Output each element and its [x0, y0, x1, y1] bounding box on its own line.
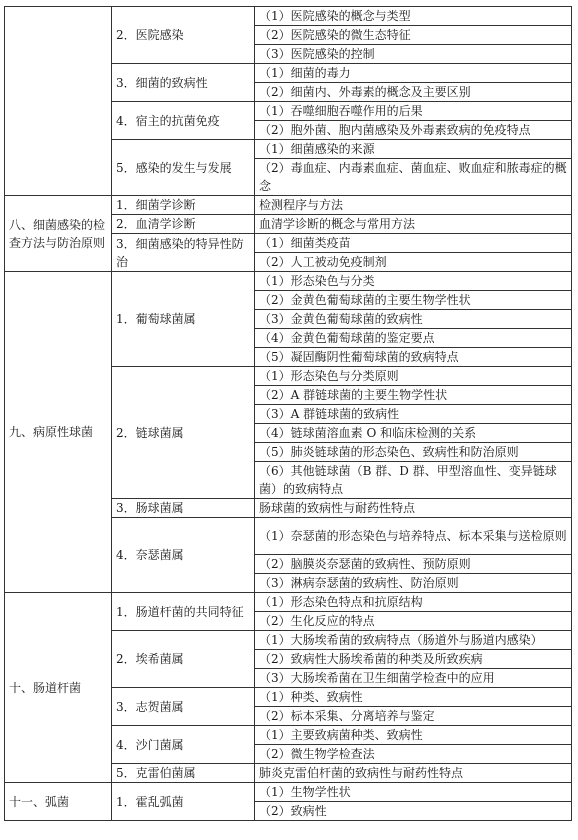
section-title-cell: 十、肠道杆菌: [5, 593, 112, 783]
topic-cell: 1．葡萄球菌属: [112, 272, 255, 367]
item-cell: （1）大肠埃希菌的致病特点（肠道外与肠道内感染）: [255, 631, 572, 650]
item-cell: （2）生化反应的特点: [255, 612, 572, 631]
section-title-cell: [5, 7, 112, 196]
item-cell: （1）主要致病菌种类、致病性: [255, 726, 572, 745]
section-title-cell: 九、病原性球菌: [5, 272, 112, 593]
section-title-cell: 十一、弧菌: [5, 783, 112, 821]
item-cell: （1）生物学性状: [255, 783, 572, 802]
topic-cell: 5．克雷伯菌属: [112, 764, 255, 783]
item-cell: （1）种类、致病性: [255, 688, 572, 707]
topic-cell: 3．细菌的致病性: [112, 64, 255, 102]
item-cell: 肺炎克雷伯杆菌的致病性与耐药性特点: [255, 764, 572, 783]
topic-cell: 4．奈瑟菌属: [112, 518, 255, 593]
item-cell: （2）医院感染的微生态特征: [255, 26, 572, 45]
topic-cell: 2．医院感染: [112, 7, 255, 64]
item-cell: （3）金黄色葡萄球菌的致病性: [255, 310, 572, 329]
topic-cell: 2．链球菌属: [112, 367, 255, 499]
section-title-cell: 八、细菌感染的检查方法与防治原则: [5, 196, 112, 272]
table-row: 十、肠道杆菌1．肠道杆菌的共同特征（1）形态染色特点和抗原结构: [5, 593, 572, 612]
table-row: 2．医院感染（1）医院感染的概念与类型: [5, 7, 572, 26]
topic-cell: 5．感染的发生与发展: [112, 140, 255, 196]
topic-cell: 3．肠球菌属: [112, 499, 255, 518]
topic-cell: 1．细菌学诊断: [112, 196, 255, 215]
item-cell: （2）致病性: [255, 802, 572, 821]
item-cell: （1）吞噬细胞吞噬作用的后果: [255, 102, 572, 121]
item-cell: （4）链球菌溶血素 O 和临床检测的关系: [255, 424, 572, 443]
topic-cell: 1．肠道杆菌的共同特征: [112, 593, 255, 631]
topic-cell: 2．埃希菌属: [112, 631, 255, 688]
item-cell: （2）毒血症、内毒素血症、菌血症、败血症和脓毒症的概念: [255, 159, 572, 196]
item-cell: （1）细菌类疫苗: [255, 234, 572, 253]
item-cell: （4）金黄色葡萄球菌的鉴定要点: [255, 329, 572, 348]
item-cell: （3）淋病奈瑟菌的致病性、防治原则: [255, 574, 572, 593]
item-cell: （2）胞外菌、胞内菌感染及外毒素致病的免疫特点: [255, 121, 572, 140]
item-cell: （2）致病性大肠埃希菌的种类及所致疾病: [255, 650, 572, 669]
item-cell: （6）其他链球菌（B 群、D 群、甲型溶血性、变异链球菌）的致病特点: [255, 462, 572, 499]
item-cell: （2）脑膜炎奈瑟菌的致病性、预防原则: [255, 555, 572, 574]
table-row: 九、病原性球菌1．葡萄球菌属（1）形态染色与分类: [5, 272, 572, 291]
item-cell: （5）凝固酶阴性葡萄球菌的致病特点: [255, 348, 572, 367]
item-cell: （1）奈瑟菌的形态染色与培养特点、标本采集与送检原则: [255, 518, 572, 555]
item-cell: （1）形态染色与分类原则: [255, 367, 572, 386]
item-cell: （2）标本采集、分离培养与鉴定: [255, 707, 572, 726]
topic-cell: 4．沙门菌属: [112, 726, 255, 764]
topic-cell: 3．细菌感染的特异性防治: [112, 234, 255, 272]
item-cell: （3）大肠埃希菌在卫生细菌学检查中的应用: [255, 669, 572, 688]
item-cell: （1）形态染色与分类: [255, 272, 572, 291]
topic-cell: 2．血清学诊断: [112, 215, 255, 234]
item-cell: 血清学诊断的概念与常用方法: [255, 215, 572, 234]
table-row: 八、细菌感染的检查方法与防治原则1．细菌学诊断检测程序与方法: [5, 196, 572, 215]
item-cell: （1）细菌感染的来源: [255, 140, 572, 159]
item-cell: （1）医院感染的概念与类型: [255, 7, 572, 26]
item-cell: （3）A 群链球菌的致病性: [255, 405, 572, 424]
item-cell: （2）微生物学检查法: [255, 745, 572, 764]
item-cell: （3）医院感染的控制: [255, 45, 572, 64]
topic-cell: 4．宿主的抗菌免疫: [112, 102, 255, 140]
syllabus-table: 2．医院感染（1）医院感染的概念与类型（2）医院感染的微生态特征（3）医院感染的…: [4, 6, 572, 821]
item-cell: 检测程序与方法: [255, 196, 572, 215]
item-cell: （2）A 群链球菌的主要生物学性状: [255, 386, 572, 405]
table-row: 十一、弧菌1．霍乱弧菌（1）生物学性状: [5, 783, 572, 802]
topic-cell: 1．霍乱弧菌: [112, 783, 255, 821]
item-cell: （5）肺炎链球菌的形态染色、致病性和防治原则: [255, 443, 572, 462]
topic-cell: 3．志贺菌属: [112, 688, 255, 726]
item-cell: （2）金黄色葡萄球菌的主要生物学性状: [255, 291, 572, 310]
item-cell: （1）细菌的毒力: [255, 64, 572, 83]
item-cell: （2）细菌内、外毒素的概念及主要区别: [255, 83, 572, 102]
item-cell: 肠球菌的致病性与耐药性特点: [255, 499, 572, 518]
item-cell: （1）形态染色特点和抗原结构: [255, 593, 572, 612]
item-cell: （2）人工被动免疫制剂: [255, 253, 572, 272]
